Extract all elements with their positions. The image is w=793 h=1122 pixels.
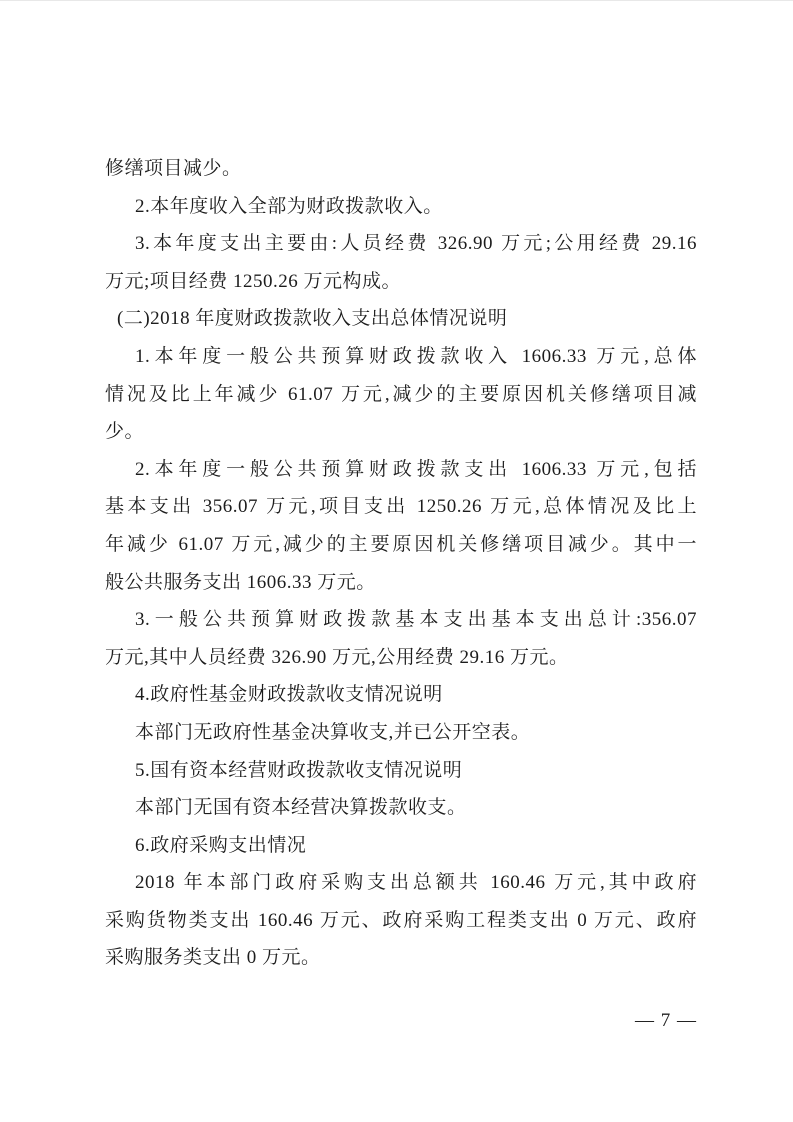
- page-number: — 7 —: [635, 1009, 697, 1033]
- section-heading: (二)2018 年度财政拨款收入支出总体情况说明: [105, 300, 697, 338]
- document-body: 修缮项目减少。 2.本年度收入全部为财政拨款收入。 3.本年度支出主要由:人员经…: [105, 150, 697, 977]
- text-line: 本部门无政府性基金决算收支,并已公开空表。: [105, 714, 697, 752]
- text-line: 修缮项目减少。: [105, 150, 697, 188]
- text-line: 本部门无国有资本经营决算拨款收支。: [105, 789, 697, 827]
- text-line: 2.本年度一般公共预算财政拨款支出 1606.33 万元,包括: [105, 451, 697, 489]
- text-line: 基本支出 356.07 万元,项目支出 1250.26 万元,总体情况及比上: [105, 488, 697, 526]
- text-line: 3.本年度支出主要由:人员经费 326.90 万元;公用经费 29.16: [105, 225, 697, 263]
- text-line: 万元;项目经费 1250.26 万元构成。: [105, 263, 697, 301]
- text-line: 少。: [105, 413, 697, 451]
- text-line: 2.本年度收入全部为财政拨款收入。: [105, 188, 697, 226]
- text-line: 般公共服务支出 1606.33 万元。: [105, 564, 697, 602]
- text-line: 年减少 61.07 万元,减少的主要原因机关修缮项目减少。其中一: [105, 526, 697, 564]
- document-page: 修缮项目减少。 2.本年度收入全部为财政拨款收入。 3.本年度支出主要由:人员经…: [0, 0, 793, 1122]
- text-line: 3.一般公共预算财政拨款基本支出基本支出总计:356.07: [105, 601, 697, 639]
- text-line: 1.本年度一般公共预算财政拨款收入 1606.33 万元,总体: [105, 338, 697, 376]
- text-line: 5.国有资本经营财政拨款收支情况说明: [105, 752, 697, 790]
- text-line: 4.政府性基金财政拨款收支情况说明: [105, 676, 697, 714]
- text-line: 采购货物类支出 160.46 万元、政府采购工程类支出 0 万元、政府: [105, 902, 697, 940]
- text-line: 采购服务类支出 0 万元。: [105, 939, 697, 977]
- text-line: 2018 年本部门政府采购支出总额共 160.46 万元,其中政府: [105, 864, 697, 902]
- text-line: 情况及比上年减少 61.07 万元,减少的主要原因机关修缮项目减: [105, 376, 697, 414]
- text-line: 万元,其中人员经费 326.90 万元,公用经费 29.16 万元。: [105, 639, 697, 677]
- text-line: 6.政府采购支出情况: [105, 827, 697, 865]
